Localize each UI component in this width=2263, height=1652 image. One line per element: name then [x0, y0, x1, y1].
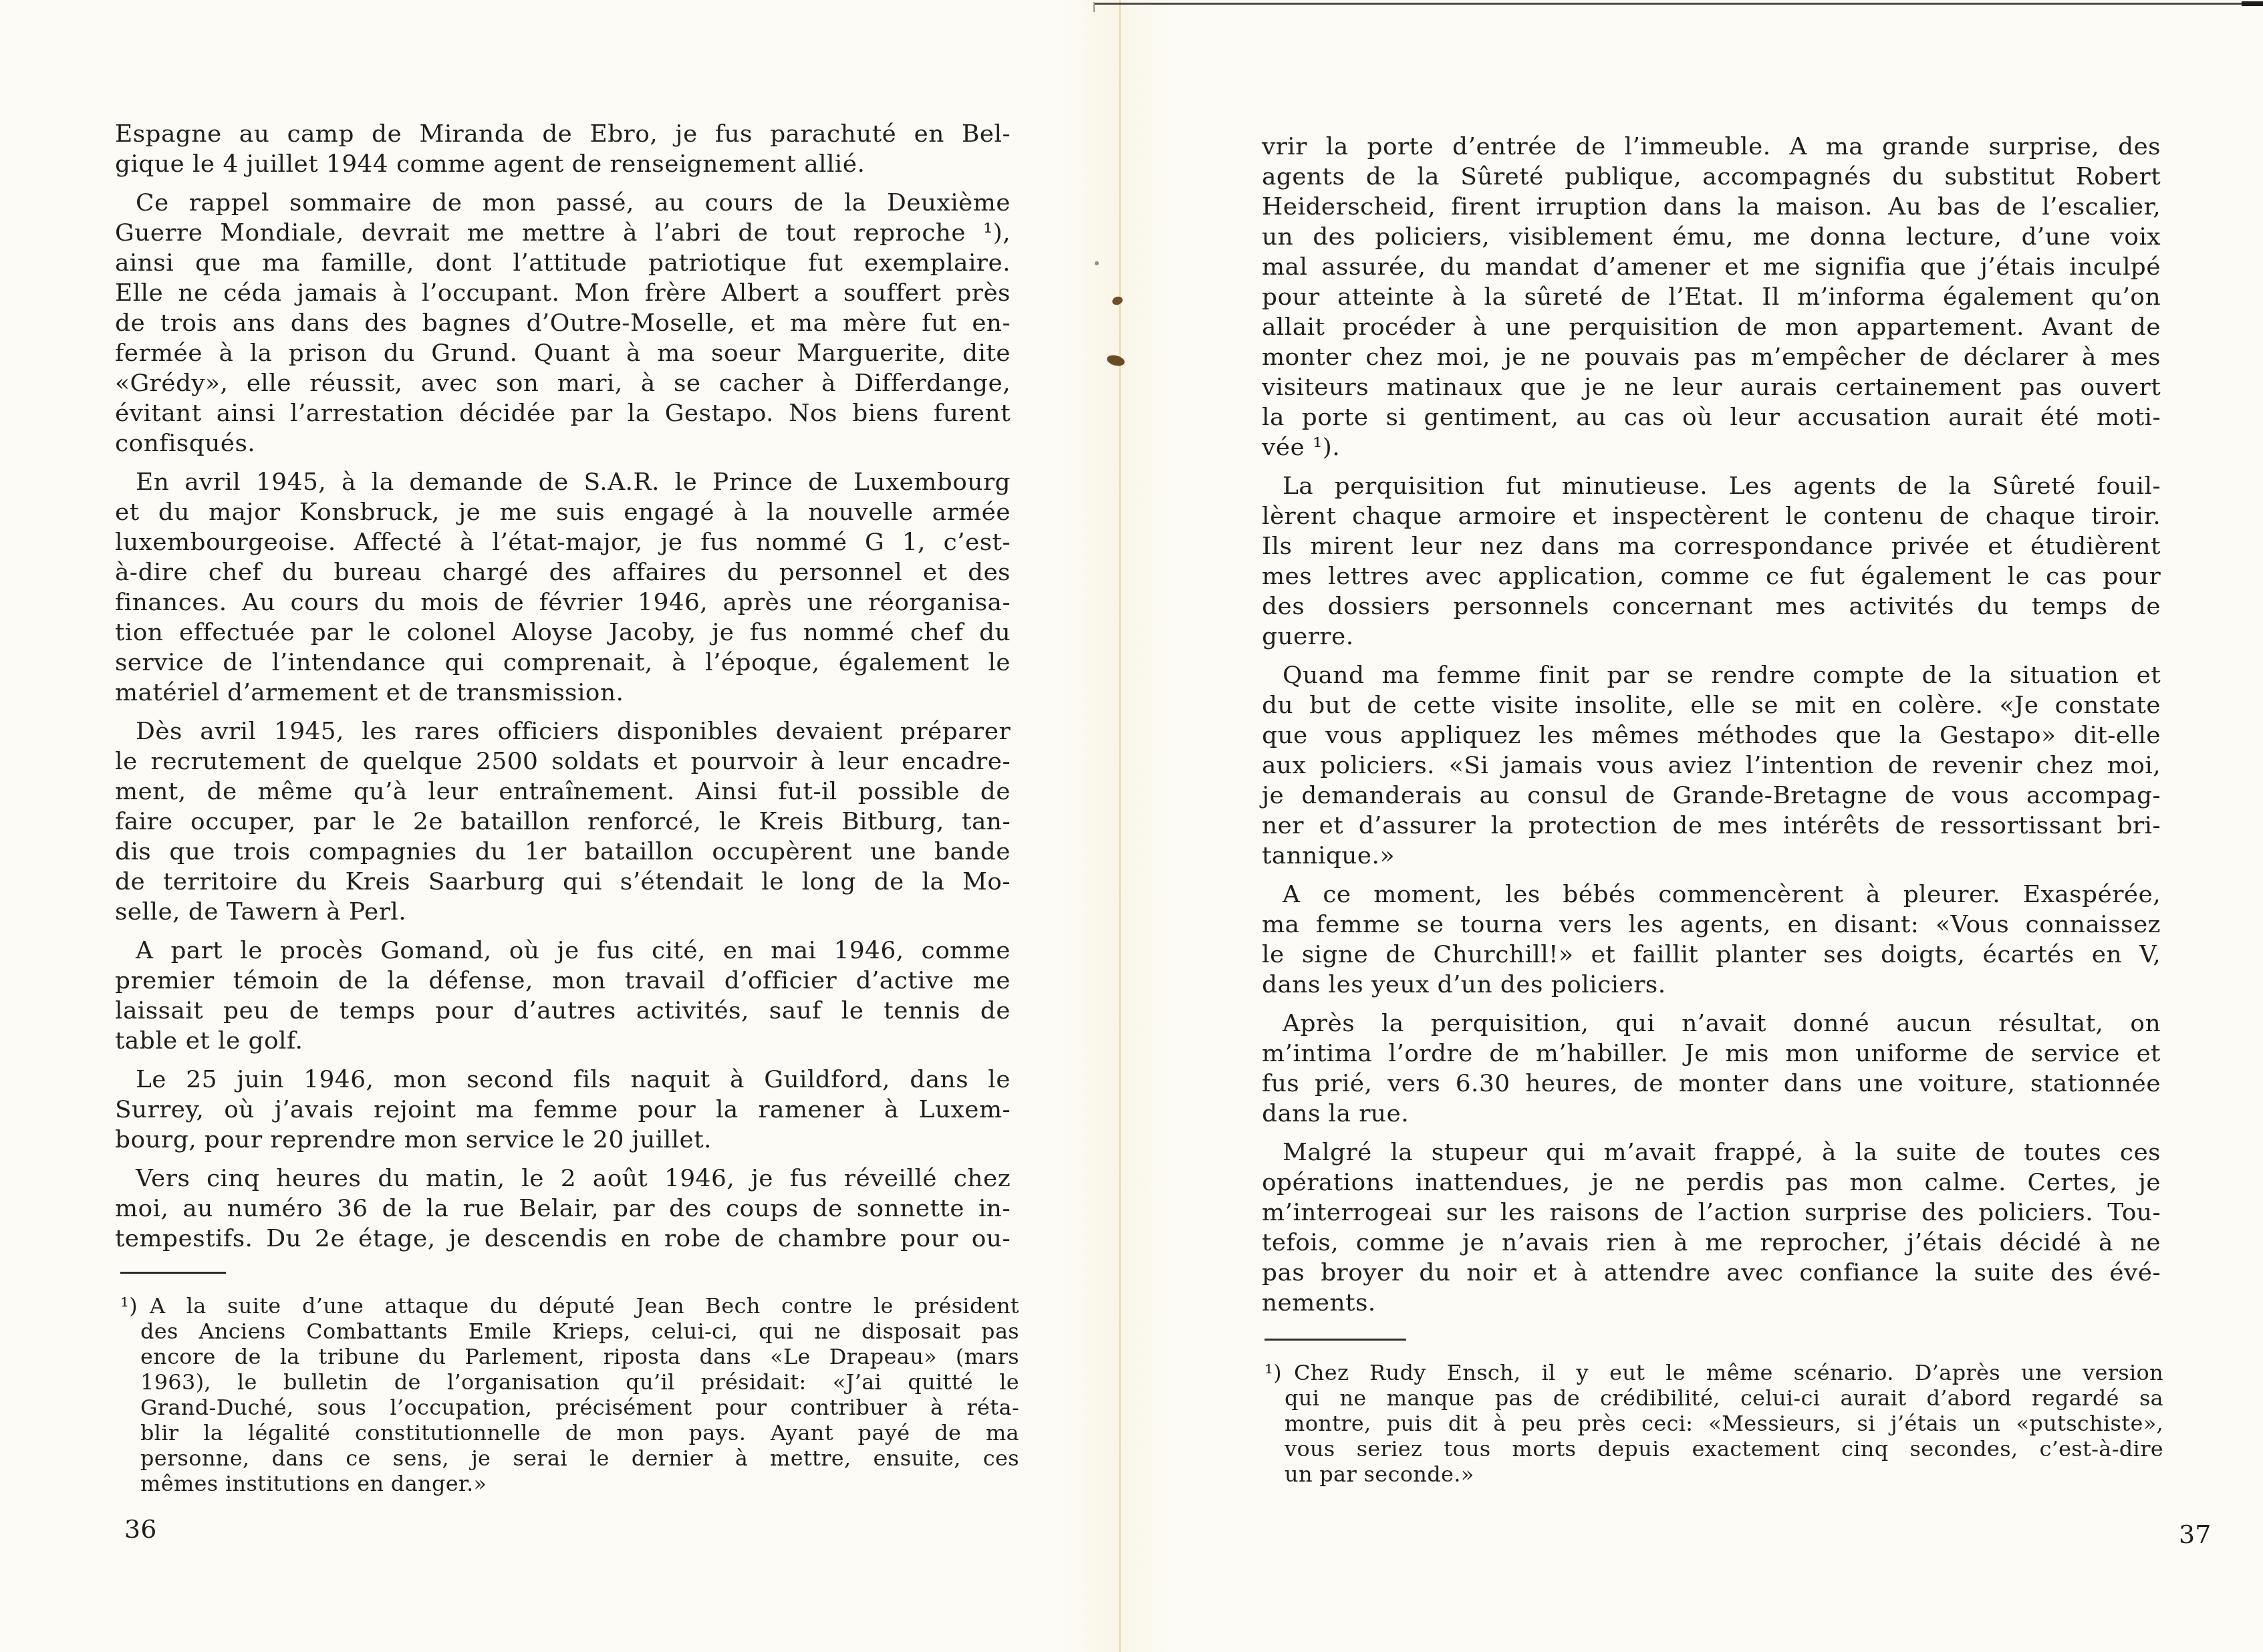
text-line: je demanderais au consul de Grande-Breta… [1262, 781, 2161, 811]
footnote-line: Grand-Duché, sous l’occupation, précisém… [120, 1395, 1019, 1420]
text-line: de territoire du Kreis Saarburg qui s’ét… [115, 867, 1011, 897]
text-line: évitant ainsi l’arrestation décidée par … [115, 398, 1011, 428]
top-page-edge-line-end [2242, 1, 2263, 6]
footnote-line: blir la légalité constitutionnelle de mo… [120, 1420, 1019, 1445]
text-line: pour atteinte à la sûreté de l’Etat. Il … [1262, 282, 2161, 312]
text-line: mes lettres avec application, comme ce f… [1262, 561, 2161, 591]
paragraph: vrir la porte d’entrée de l’immeuble. A … [1262, 132, 2161, 462]
text-line: Heiderscheid, firent irruption dans la m… [1262, 192, 2161, 222]
left-page-number: 36 [124, 1516, 156, 1542]
text-line: Guerre Mondiale, devrait me mettre à l’a… [115, 218, 1011, 248]
text-line: confisqués. [115, 428, 1011, 458]
text-line: ner et d’assurer la protection de mes in… [1262, 811, 2161, 841]
text-line: A ce moment, les bébés commencèrent à pl… [1262, 879, 2161, 910]
text-line: tion effectuée par le colonel Aloyse Jac… [115, 617, 1011, 648]
text-line: Elle ne céda jamais à l’occupant. Mon fr… [115, 278, 1011, 308]
footnote-marker: ¹) [1264, 1360, 1294, 1385]
text-line: m’intima l’ordre de m’habiller. Je mis m… [1262, 1039, 2161, 1069]
paragraph: En avril 1945, à la demande de S.A.R. le… [115, 467, 1011, 708]
text-line: monter chez moi, je ne pouvais pas m’emp… [1262, 342, 2161, 372]
text-line: dans la rue. [1262, 1099, 2161, 1129]
text-line: table et le golf. [115, 1026, 1011, 1056]
text-line: «Grédy», elle réussit, avec son mari, à … [115, 368, 1011, 398]
text-line: Le 25 juin 1946, mon second fils naquit … [115, 1065, 1011, 1095]
text-line: allait procéder à une perquisition de mo… [1262, 312, 2161, 342]
left-page-footnote: ¹)A la suite d’une attaque du député Jea… [120, 1293, 1019, 1496]
text-line: et du major Konsbruck, je me suis engagé… [115, 497, 1011, 527]
text-line: dans les yeux d’un des policiers. [1262, 970, 2161, 1000]
text-line: vée ¹). [1262, 432, 2161, 462]
right-page-number: 37 [2179, 1521, 2211, 1548]
text-line: dis que trois compagnies du 1er bataillo… [115, 837, 1011, 867]
paragraph: A ce moment, les bébés commencèrent à pl… [1262, 879, 2161, 1000]
text-line: ma femme se tourna vers les agents, en d… [1262, 910, 2161, 940]
text-line: pas broyer du noir et à attendre avec co… [1262, 1258, 2161, 1288]
paragraph: Dès avril 1945, les rares officiers disp… [115, 716, 1011, 927]
paragraph: Espagne au camp de Miranda de Ebro, je f… [115, 119, 1011, 179]
text-line: selle, de Tawern à Perl. [115, 897, 1011, 927]
top-page-edge-tick [1093, 2, 1095, 12]
paragraph: La perquisition fut minutieuse. Les agen… [1262, 471, 2161, 652]
text-line: du but de cette visite insolite, elle se… [1262, 690, 2161, 720]
text-line: finances. Au cours du mois de février 19… [115, 587, 1011, 617]
paragraph: Vers cinq heures du matin, le 2 août 194… [115, 1163, 1011, 1254]
right-page-body-text: vrir la porte d’entrée de l’immeuble. A … [1262, 132, 2161, 1318]
text-line: Malgré la stupeur qui m’avait frappé, à … [1262, 1137, 2161, 1167]
footnote-line: 1963), le bulletin de l’organisation qu’… [120, 1369, 1019, 1395]
text-line: luxembourgeoise. Affecté à l’état-major,… [115, 527, 1011, 557]
text-line: m’interrogeai sur les raisons de l’actio… [1262, 1198, 2161, 1228]
text-line: tefois, comme je n’avais rien à me repro… [1262, 1228, 2161, 1258]
footnote-line: encore de la tribune du Parlement, ripos… [120, 1344, 1019, 1369]
text-line: Ils mirent leur nez dans ma correspondan… [1262, 531, 2161, 561]
text-line: laissait peu de temps pour d’autres acti… [115, 996, 1011, 1026]
text-line: En avril 1945, à la demande de S.A.R. le… [115, 467, 1011, 497]
text-line: aux policiers. «Si jamais vous aviez l’i… [1262, 750, 2161, 781]
text-line: bourg, pour reprendre mon service le 20 … [115, 1125, 1011, 1155]
text-line: Vers cinq heures du matin, le 2 août 194… [115, 1163, 1011, 1194]
text-line: agents de la Sûreté publique, accompagné… [1262, 162, 2161, 192]
text-line: des dossiers personnels concernant mes a… [1262, 591, 2161, 622]
paragraph: Après la perquisition, qui n’avait donné… [1262, 1008, 2161, 1129]
text-line: nements. [1262, 1288, 2161, 1318]
gutter-fold-line [1119, 0, 1121, 1652]
paragraph: Malgré la stupeur qui m’avait frappé, à … [1262, 1137, 2161, 1318]
text-line: vrir la porte d’entrée de l’immeuble. A … [1262, 132, 2161, 162]
text-line: ment, de même qu’à leur entraînement. Ai… [115, 777, 1011, 807]
text-line: de trois ans dans des bagnes d’Outre-Mos… [115, 308, 1011, 338]
text-line: fus prié, vers 6.30 heures, de monter da… [1262, 1069, 2161, 1099]
footnote-line: un par seconde.» [1264, 1462, 2163, 1487]
text-line: premier témoin de la défense, mon travai… [115, 966, 1011, 996]
text-line: gique le 4 juillet 1944 comme agent de r… [115, 149, 1011, 179]
book-spread: Espagne au camp de Miranda de Ebro, je f… [0, 0, 2263, 1652]
text-line: lèrent chaque armoire et inspectèrent le… [1262, 501, 2161, 531]
text-line: faire occuper, par le 2e bataillon renfo… [115, 807, 1011, 837]
footnote-line: mêmes institutions en danger.» [120, 1471, 1019, 1496]
footnote-marker: ¹) [120, 1293, 150, 1319]
text-line: tempestifs. Du 2e étage, je descendis en… [115, 1224, 1011, 1254]
text-line: la porte si gentiment, au cas où leur ac… [1262, 402, 2161, 432]
text-line: que vous appliquez les mêmes méthodes qu… [1262, 720, 2161, 750]
footnote-line: des Anciens Combattants Emile Krieps, ce… [120, 1319, 1019, 1344]
text-line: mal assurée, du mandat d’amener et me si… [1262, 252, 2161, 282]
text-line: tannique.» [1262, 841, 2161, 871]
text-line: opérations inattendues, je ne perdis pas… [1262, 1167, 2161, 1198]
paragraph: Le 25 juin 1946, mon second fils naquit … [115, 1065, 1011, 1155]
text-line: Espagne au camp de Miranda de Ebro, je f… [115, 119, 1011, 149]
paragraph: Quand ma femme finit par se rendre compt… [1262, 660, 2161, 871]
footnote-line: qui ne manque pas de crédibilité, celui-… [1264, 1385, 2163, 1411]
text-line: fermée à la prison du Grund. Quant à ma … [115, 338, 1011, 368]
text-line: La perquisition fut minutieuse. Les agen… [1262, 471, 2161, 501]
right-footnote-rule [1264, 1339, 1406, 1341]
text-line: moi, au numéro 36 de la rue Belair, par … [115, 1194, 1011, 1224]
footnote-line: montre, puis dit à peu près ceci: «Messi… [1264, 1411, 2163, 1436]
left-page-body-text: Espagne au camp de Miranda de Ebro, je f… [115, 119, 1011, 1254]
text-line: Surrey, où j’avais rejoint ma femme pour… [115, 1095, 1011, 1125]
paper-speck [1095, 261, 1099, 265]
text-line: Après la perquisition, qui n’avait donné… [1262, 1008, 2161, 1039]
text-line: visiteurs matinaux que je ne leur aurais… [1262, 372, 2161, 402]
footnote-line: ¹)Chez Rudy Ensch, il y eut le même scén… [1264, 1360, 2163, 1385]
text-line: le recrutement de quelque 2500 soldats e… [115, 746, 1011, 777]
paragraph: Ce rappel sommaire de mon passé, au cour… [115, 188, 1011, 458]
text-line: A part le procès Gomand, où je fus cité,… [115, 936, 1011, 966]
paragraph: A part le procès Gomand, où je fus cité,… [115, 936, 1011, 1056]
text-line: service de l’intendance qui comprenait, … [115, 648, 1011, 678]
text-line: Ce rappel sommaire de mon passé, au cour… [115, 188, 1011, 218]
text-line: un des policiers, visiblement ému, me do… [1262, 222, 2161, 252]
left-footnote-rule [120, 1272, 226, 1274]
right-page-footnote: ¹)Chez Rudy Ensch, il y eut le même scén… [1264, 1360, 2163, 1487]
footnote-line: personne, dans ce sens, je serai le dern… [120, 1445, 1019, 1471]
text-line: à-dire chef du bureau chargé des affaire… [115, 557, 1011, 587]
footnote-line: ¹)A la suite d’une attaque du député Jea… [120, 1293, 1019, 1319]
text-line: ainsi que ma famille, dont l’attitude pa… [115, 248, 1011, 278]
text-line: guerre. [1262, 622, 2161, 652]
text-line: le signe de Churchill!» et faillit plant… [1262, 940, 2161, 970]
top-page-edge-line [1093, 3, 2263, 5]
text-line: Quand ma femme finit par se rendre compt… [1262, 660, 2161, 690]
text-line: Dès avril 1945, les rares officiers disp… [115, 716, 1011, 746]
footnote-line: vous seriez tous morts depuis exactement… [1264, 1436, 2163, 1462]
text-line: matériel d’armement et de transmission. [115, 678, 1011, 708]
